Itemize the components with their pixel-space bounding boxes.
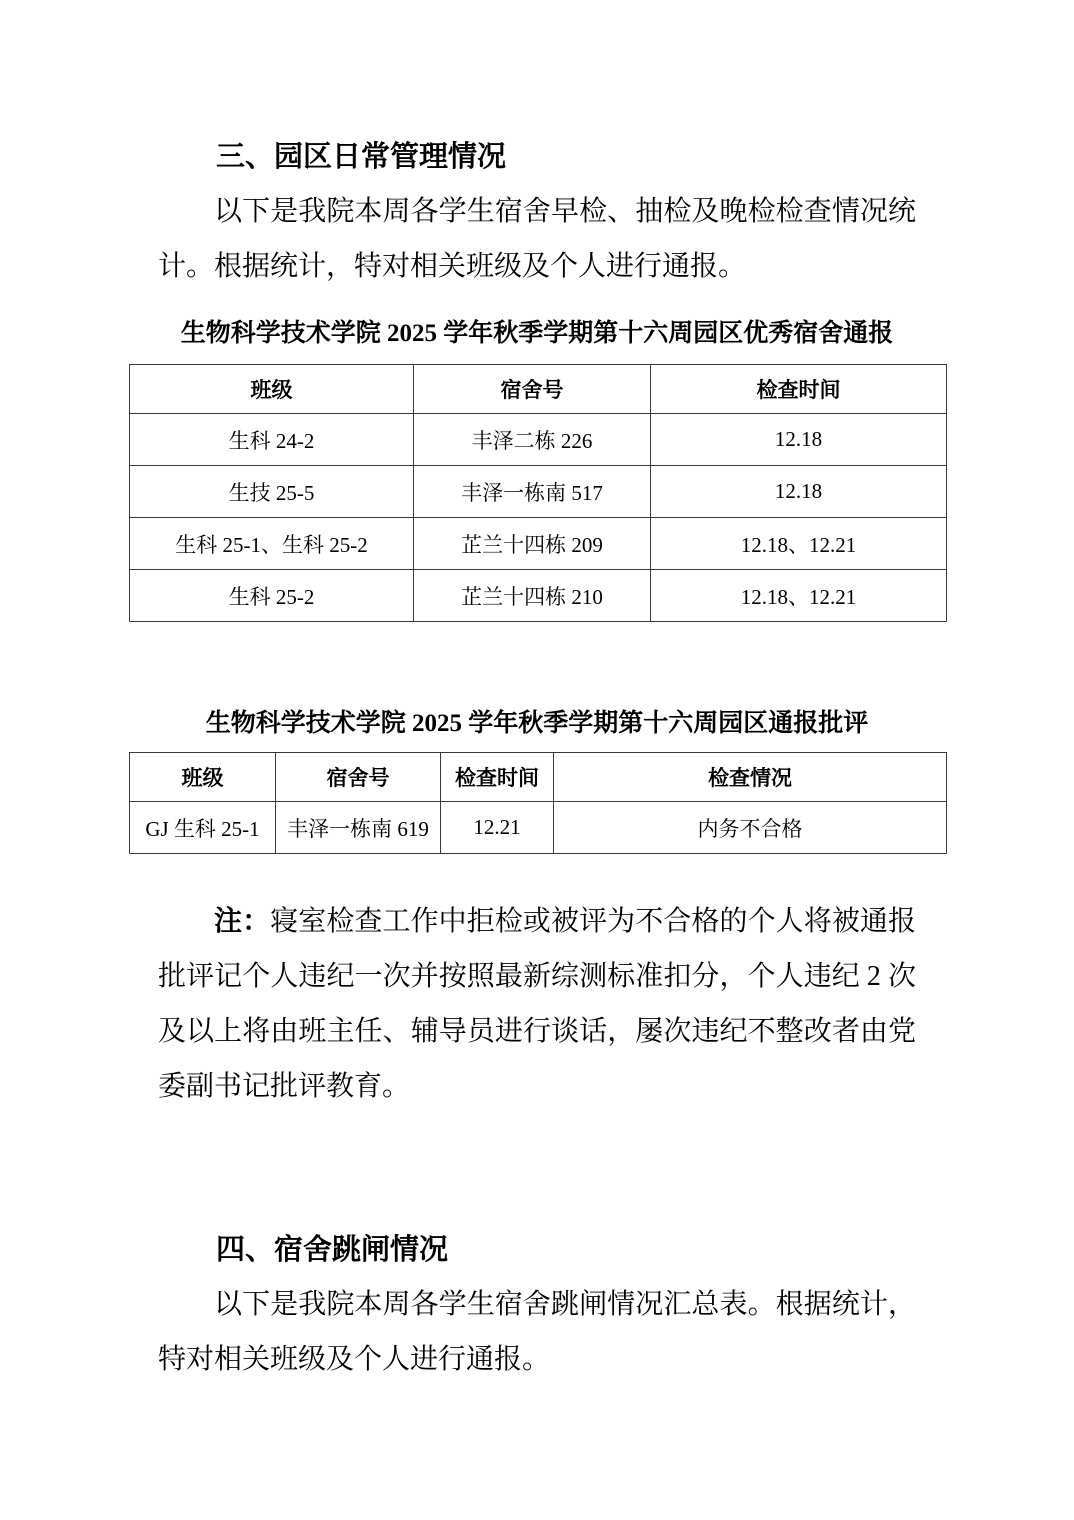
document-page: 三、园区日常管理情况 以下是我院本周各学生宿舍早检、抽检及晚检检查情况统计。根据… [0, 0, 1074, 1520]
table-cell-class: GJ 生科 25-1 [130, 802, 276, 854]
section-heading-4: 四、宿舍跳闸情况 [158, 1229, 916, 1271]
note-paragraph: 注：寝室检查工作中拒检或被评为不合格的个人将被通报批评记个人违纪一次并按照最新综… [158, 894, 916, 1114]
page-content: 三、园区日常管理情况 以下是我院本周各学生宿舍早检、抽检及晚检检查情况统计。根据… [0, 0, 1074, 1387]
note-label: 注： [214, 906, 270, 937]
note-text: 寝室检查工作中拒检或被评为不合格的个人将被通报批评记个人违纪一次并按照最新综测标… [158, 906, 916, 1102]
header-cell-dorm-number: 宿舍号 [276, 753, 441, 802]
table-cell-class: 生科 25-1、生科 25-2 [130, 518, 414, 570]
table-cell-check-time: 12.21 [441, 802, 554, 854]
table-header-row: 班级 宿舍号 检查时间 [130, 365, 947, 414]
table-cell-dorm-number: 丰泽一栋南 517 [414, 466, 651, 518]
header-cell-dorm-number: 宿舍号 [414, 365, 651, 414]
excellent-dorm-table-title: 生物科学技术学院 2025 学年秋季学期第十六周园区优秀宿舍通报 [158, 314, 916, 354]
table-cell-dorm-number: 丰泽一栋南 619 [276, 802, 441, 854]
table-cell-check-time: 12.18 [651, 466, 947, 518]
table-cell-check-time: 12.18 [651, 414, 947, 466]
table-row: 生技 25-5 丰泽一栋南 517 12.18 [130, 466, 947, 518]
header-cell-class: 班级 [130, 753, 276, 802]
table-row: GJ 生科 25-1 丰泽一栋南 619 12.21 内务不合格 [130, 802, 947, 854]
table-cell-check-time: 12.18、12.21 [651, 570, 947, 622]
header-cell-check-result: 检查情况 [554, 753, 947, 802]
criticism-table-title: 生物科学技术学院 2025 学年秋季学期第十六周园区通报批评 [158, 704, 916, 744]
table-cell-class: 生技 25-5 [130, 466, 414, 518]
table-row: 生科 24-2 丰泽二栋 226 12.18 [130, 414, 947, 466]
table-cell-dorm-number: 芷兰十四栋 209 [414, 518, 651, 570]
table-row: 生科 25-2 芷兰十四栋 210 12.18、12.21 [130, 570, 947, 622]
section3-intro-paragraph: 以下是我院本周各学生宿舍早检、抽检及晚检检查情况统计。根据统计，特对相关班级及个… [158, 184, 916, 294]
section-heading-3: 三、园区日常管理情况 [158, 0, 916, 178]
table-cell-class: 生科 25-2 [130, 570, 414, 622]
table-cell-dorm-number: 丰泽二栋 226 [414, 414, 651, 466]
table-header-row: 班级 宿舍号 检查时间 检查情况 [130, 753, 947, 802]
section4-intro-paragraph: 以下是我院本周各学生宿舍跳闸情况汇总表。根据统计，特对相关班级及个人进行通报。 [158, 1277, 916, 1387]
header-cell-check-time: 检查时间 [651, 365, 947, 414]
header-cell-check-time: 检查时间 [441, 753, 554, 802]
table-cell-check-time: 12.18、12.21 [651, 518, 947, 570]
table-cell-check-result: 内务不合格 [554, 802, 947, 854]
table-row: 生科 25-1、生科 25-2 芷兰十四栋 209 12.18、12.21 [130, 518, 947, 570]
criticism-table: 班级 宿舍号 检查时间 检查情况 GJ 生科 25-1 丰泽一栋南 619 12… [129, 752, 947, 854]
header-cell-class: 班级 [130, 365, 414, 414]
excellent-dorm-table: 班级 宿舍号 检查时间 生科 24-2 丰泽二栋 226 12.18 生技 25… [129, 364, 947, 622]
table-cell-class: 生科 24-2 [130, 414, 414, 466]
table-cell-dorm-number: 芷兰十四栋 210 [414, 570, 651, 622]
